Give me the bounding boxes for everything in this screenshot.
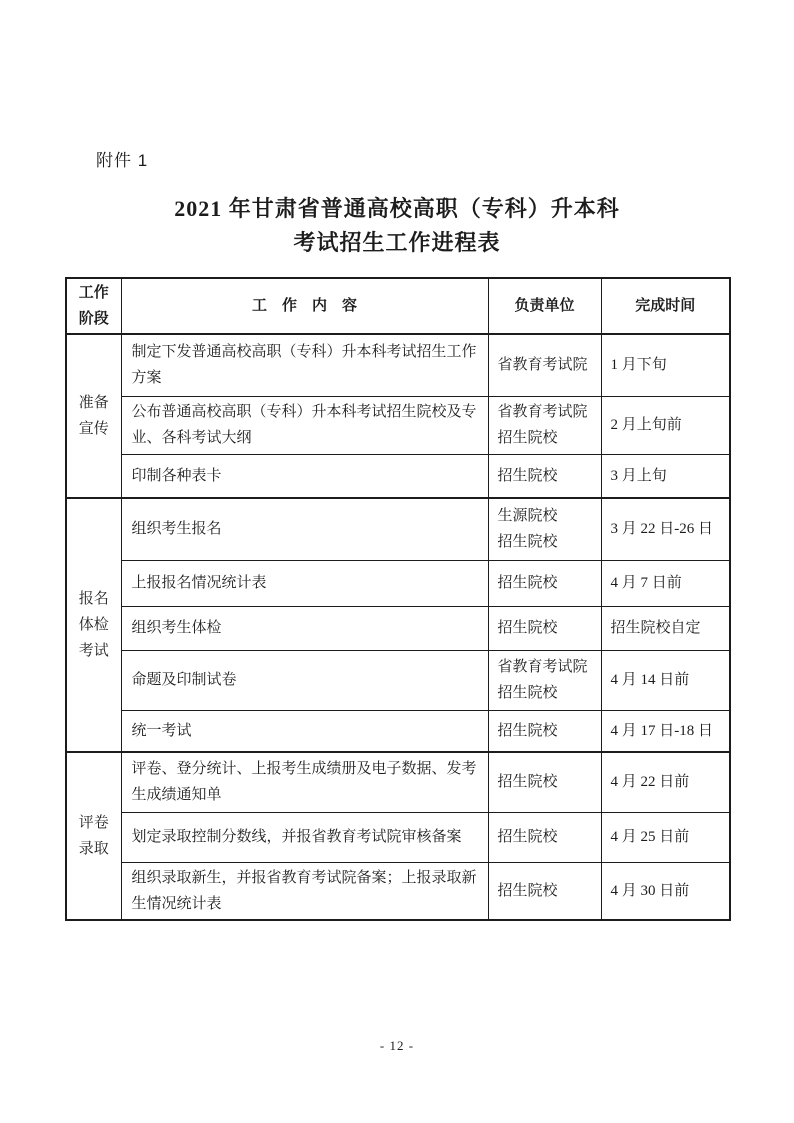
task-cell: 制定下发普通高校高职（专科）升本科考试招生工作方案 [121, 334, 488, 396]
task-cell: 组织考生体检 [121, 606, 488, 650]
attachment-label: 附件 1 [96, 146, 148, 171]
table-row: 统一考试 招生院校 4 月 17 日-18 日 [66, 710, 730, 752]
task-cell: 组织录取新生，并报省教育考试院备案；上报录取新生情况统计表 [121, 862, 488, 920]
page-title-line2: 考试招生工作进程表 [0, 226, 794, 257]
time-cell: 4 月 22 日前 [601, 752, 730, 812]
time-cell: 1 月下旬 [601, 334, 730, 396]
task-cell: 评卷、登分统计、上报考生成绩册及电子数据、发考生成绩通知单 [121, 752, 488, 812]
page-number: - 12 - [0, 1038, 794, 1054]
time-cell: 4 月 25 日前 [601, 812, 730, 862]
unit-cell: 省教育考试院 [488, 334, 601, 396]
time-cell: 4 月 7 日前 [601, 560, 730, 606]
table-row: 组织录取新生，并报省教育考试院备案；上报录取新生情况统计表 招生院校 4 月 3… [66, 862, 730, 920]
task-cell: 统一考试 [121, 710, 488, 752]
stage-cell: 准备 宣传 [66, 334, 121, 498]
unit-cell: 招生院校 [488, 454, 601, 498]
unit-cell: 招生院校 [488, 710, 601, 752]
time-cell: 4 月 14 日前 [601, 650, 730, 710]
task-cell: 组织考生报名 [121, 498, 488, 560]
time-cell: 4 月 17 日-18 日 [601, 710, 730, 752]
time-cell: 4 月 30 日前 [601, 862, 730, 920]
table-row: 印制各种表卡 招生院校 3 月上旬 [66, 454, 730, 498]
time-cell: 招生院校自定 [601, 606, 730, 650]
unit-cell: 招生院校 [488, 560, 601, 606]
time-cell: 2 月上旬前 [601, 396, 730, 454]
time-cell: 3 月上旬 [601, 454, 730, 498]
page-title-line1: 2021 年甘肃省普通高校高职（专科）升本科 [0, 192, 794, 223]
task-cell: 命题及印制试卷 [121, 650, 488, 710]
table-row: 公布普通高校高职（专科）升本科考试招生院校及专业、各科考试大纲 省教育考试院 招… [66, 396, 730, 454]
table-row: 组织考生体检 招生院校 招生院校自定 [66, 606, 730, 650]
table-row: 命题及印制试卷 省教育考试院 招生院校 4 月 14 日前 [66, 650, 730, 710]
table-row: 上报报名情况统计表 招生院校 4 月 7 日前 [66, 560, 730, 606]
col-header-stage: 工作 阶段 [66, 278, 121, 334]
unit-cell: 招生院校 [488, 812, 601, 862]
time-cell: 3 月 22 日-26 日 [601, 498, 730, 560]
table-row: 划定录取控制分数线，并报省教育考试院审核备案 招生院校 4 月 25 日前 [66, 812, 730, 862]
col-header-unit: 负责单位 [488, 278, 601, 334]
unit-cell: 招生院校 [488, 862, 601, 920]
schedule-table: 工作 阶段 工 作 内 容 负责单位 完成时间 准备 宣传 制定下发普通高校高职… [65, 277, 731, 921]
table-row: 报名 体检 考试 组织考生报名 生源院校 招生院校 3 月 22 日-26 日 [66, 498, 730, 560]
task-cell: 印制各种表卡 [121, 454, 488, 498]
task-cell: 划定录取控制分数线，并报省教育考试院审核备案 [121, 812, 488, 862]
table-row: 评卷 录取 评卷、登分统计、上报考生成绩册及电子数据、发考生成绩通知单 招生院校… [66, 752, 730, 812]
unit-cell: 省教育考试院 招生院校 [488, 650, 601, 710]
unit-cell: 省教育考试院 招生院校 [488, 396, 601, 454]
table-row: 准备 宣传 制定下发普通高校高职（专科）升本科考试招生工作方案 省教育考试院 1… [66, 334, 730, 396]
unit-cell: 生源院校 招生院校 [488, 498, 601, 560]
stage-cell: 评卷 录取 [66, 752, 121, 920]
task-cell: 公布普通高校高职（专科）升本科考试招生院校及专业、各科考试大纲 [121, 396, 488, 454]
stage-cell: 报名 体检 考试 [66, 498, 121, 752]
unit-cell: 招生院校 [488, 606, 601, 650]
unit-cell: 招生院校 [488, 752, 601, 812]
col-header-time: 完成时间 [601, 278, 730, 334]
table-header-row: 工作 阶段 工 作 内 容 负责单位 完成时间 [66, 278, 730, 334]
task-cell: 上报报名情况统计表 [121, 560, 488, 606]
col-header-content: 工 作 内 容 [121, 278, 488, 334]
document-page: 附件 1 2021 年甘肃省普通高校高职（专科）升本科 考试招生工作进程表 工作… [0, 0, 794, 1123]
